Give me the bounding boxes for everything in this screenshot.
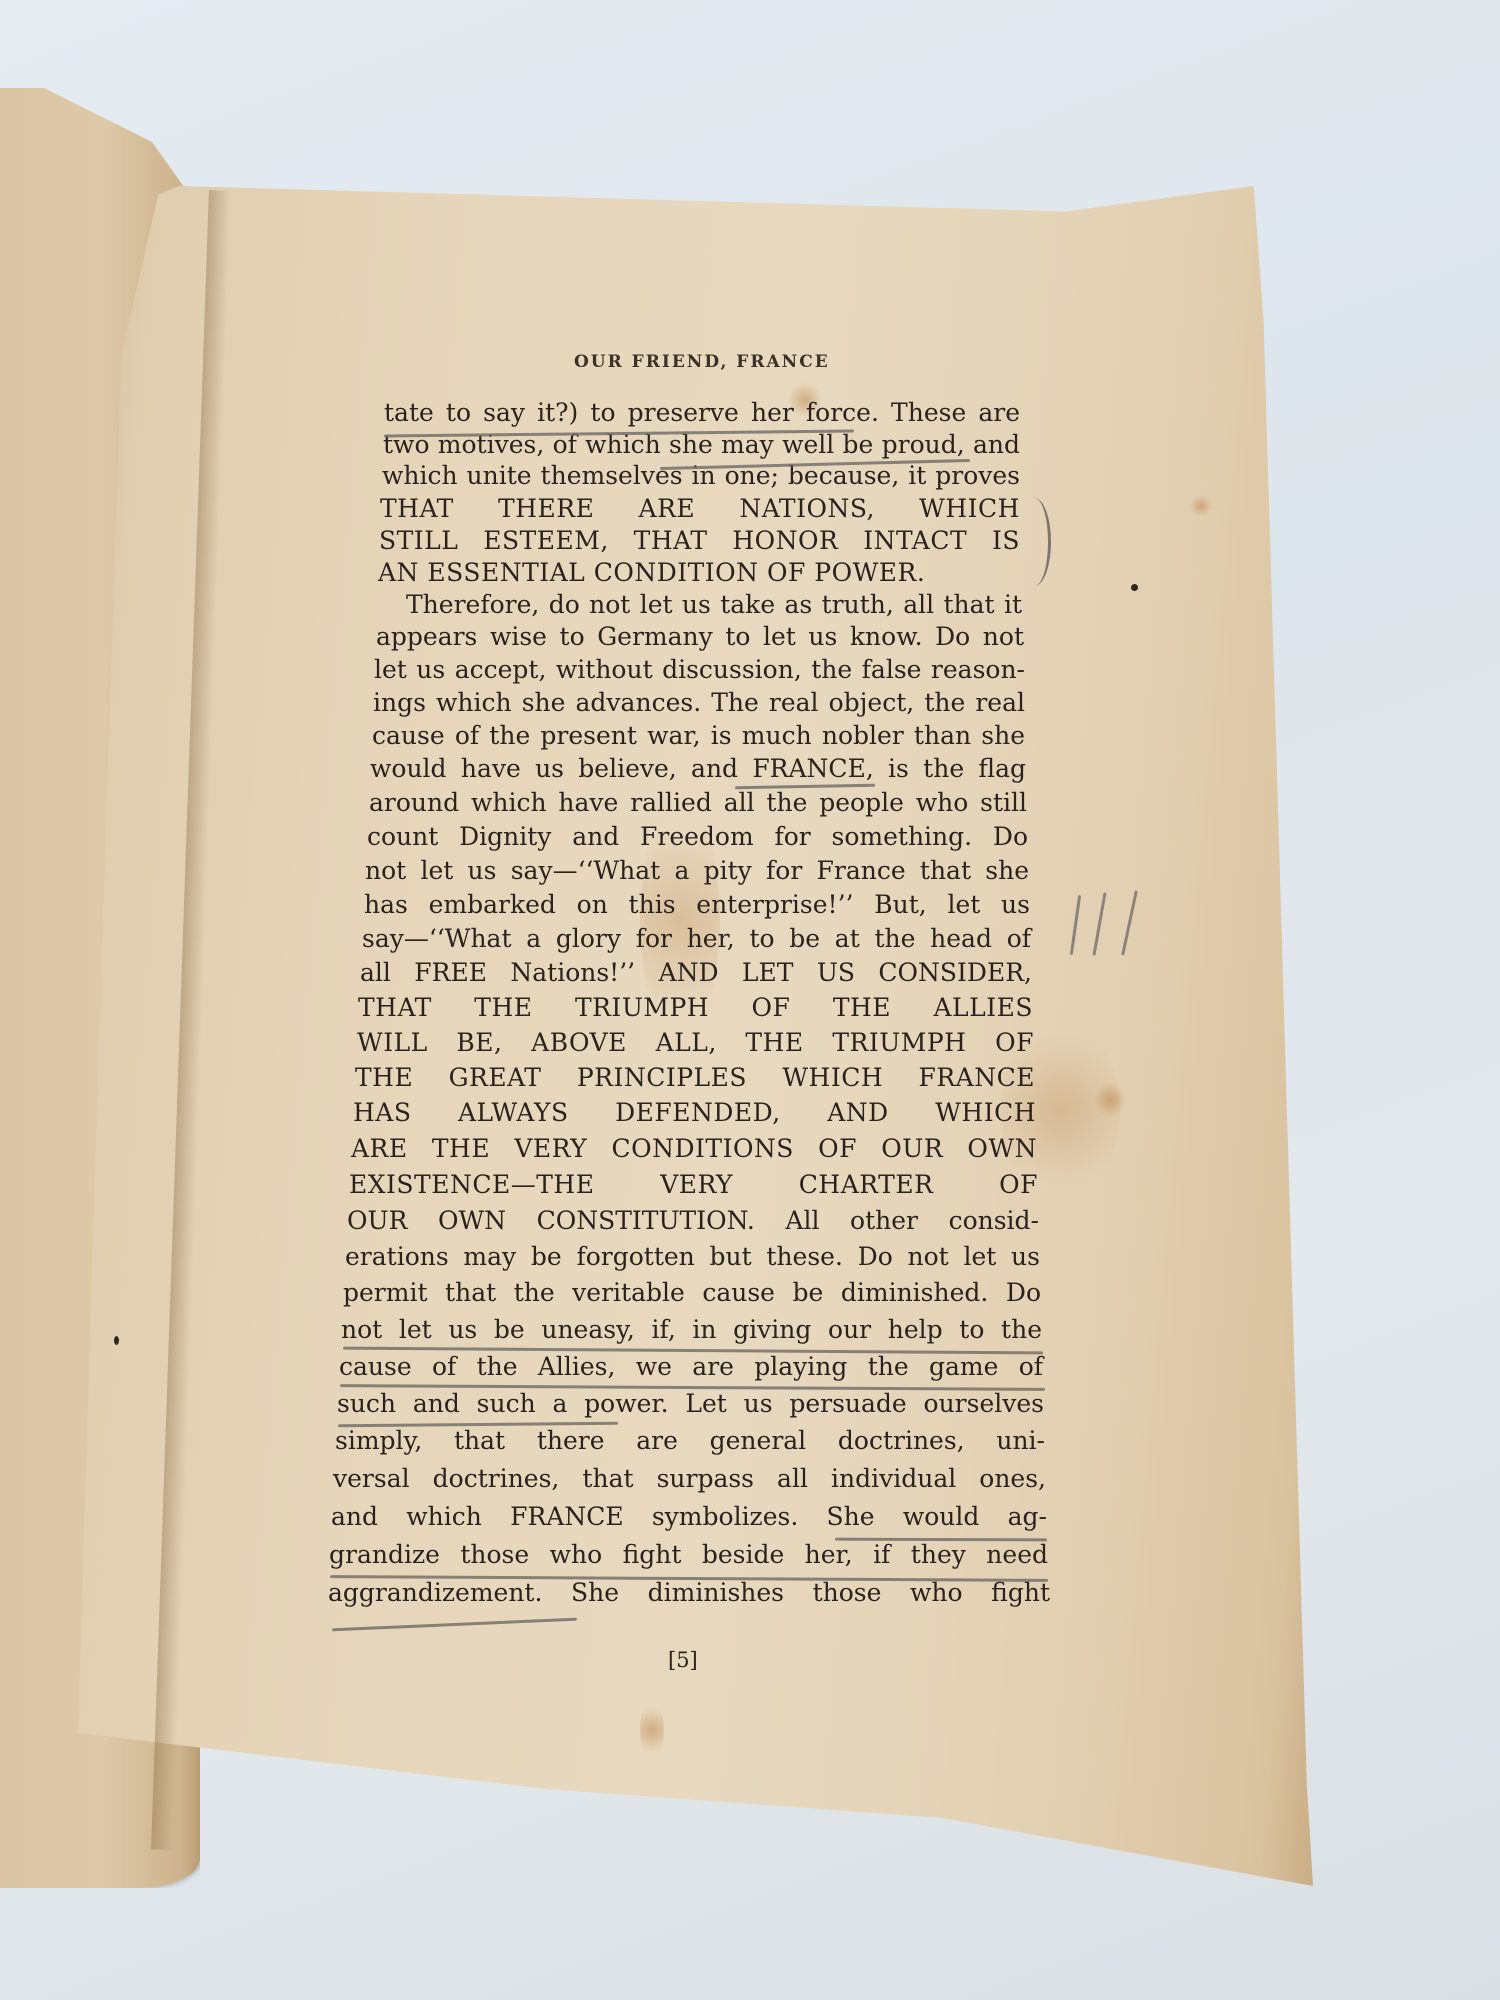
text-line: let us accept, without discussion, the f… bbox=[374, 655, 1025, 684]
text-line: permit that the veritable cause be dimin… bbox=[343, 1278, 1041, 1307]
pencil-bracket-mark bbox=[1018, 498, 1051, 586]
text-line: would have us believe, and FRANCE, is th… bbox=[370, 754, 1026, 783]
text-line: all FREE Nations!’’ AND LET US CONSIDER, bbox=[360, 958, 1032, 987]
text-line: not let us say—‘‘What a pity for France … bbox=[365, 856, 1029, 885]
text-line: not let us be uneasy, if, in giving our … bbox=[341, 1315, 1042, 1344]
text-line: THAT THE TRIUMPH OF THE ALLIES bbox=[358, 993, 1033, 1022]
text-line: versal doctrines, that surpass all indiv… bbox=[333, 1464, 1046, 1493]
text-line: say—‘‘What a glory for her, to be at the… bbox=[362, 924, 1031, 953]
text-line: grandize those who fight beside her, if … bbox=[329, 1540, 1048, 1569]
text-line: Therefore, do not let us take as truth, … bbox=[406, 590, 1022, 619]
text-line: and which FRANCE symbolizes. She would a… bbox=[331, 1502, 1047, 1531]
text-line: cause of the present war, is much nobler… bbox=[372, 721, 1025, 750]
text-line: EXISTENCE—THE VERY CHARTER OF bbox=[349, 1170, 1038, 1199]
text-line: such and such a power. Let us persuade o… bbox=[337, 1389, 1044, 1418]
body-text: tate to say it?) to preserve her force. … bbox=[0, 0, 1500, 2000]
text-line: cause of the Allies, we are playing the … bbox=[339, 1352, 1043, 1381]
text-line: aggrandizement. She diminishes those who… bbox=[328, 1578, 1050, 1607]
text-line: AN ESSENTIAL CONDITION OF POWER. bbox=[378, 558, 990, 587]
ink-dot bbox=[1131, 584, 1138, 591]
text-line: WILL BE, ABOVE ALL, THE TRIUMPH OF bbox=[357, 1028, 1034, 1057]
ink-dot bbox=[114, 1336, 119, 1345]
text-line: appears wise to Germany to let us know. … bbox=[376, 622, 1024, 651]
text-line: THE GREAT PRINCIPLES WHICH FRANCE bbox=[355, 1063, 1035, 1092]
page-number: [5] bbox=[668, 1648, 698, 1672]
text-line: ings which she advances. The real object… bbox=[373, 688, 1025, 717]
text-line: STILL ESTEEM, THAT HONOR INTACT IS bbox=[379, 526, 1020, 555]
text-line: THAT THERE ARE NATIONS, WHICH bbox=[380, 494, 1020, 523]
text-line: erations may be forgotten but these. Do … bbox=[345, 1242, 1040, 1271]
text-line: tate to say it?) to preserve her force. … bbox=[384, 398, 1020, 427]
text-line: HAS ALWAYS DEFENDED, AND WHICH bbox=[353, 1098, 1036, 1127]
text-line: ARE THE VERY CONDITIONS OF OUR OWN bbox=[351, 1134, 1037, 1163]
text-line: count Dignity and Freedom for something.… bbox=[367, 822, 1028, 851]
text-line: OUR OWN CONSTITUTION. All other consid- bbox=[347, 1206, 1039, 1235]
text-line: around which have rallied all the people… bbox=[369, 788, 1027, 817]
text-line: has embarked on this enterprise!’’ But, … bbox=[364, 890, 1030, 919]
text-line: simply, that there are general doctrines… bbox=[335, 1426, 1045, 1455]
